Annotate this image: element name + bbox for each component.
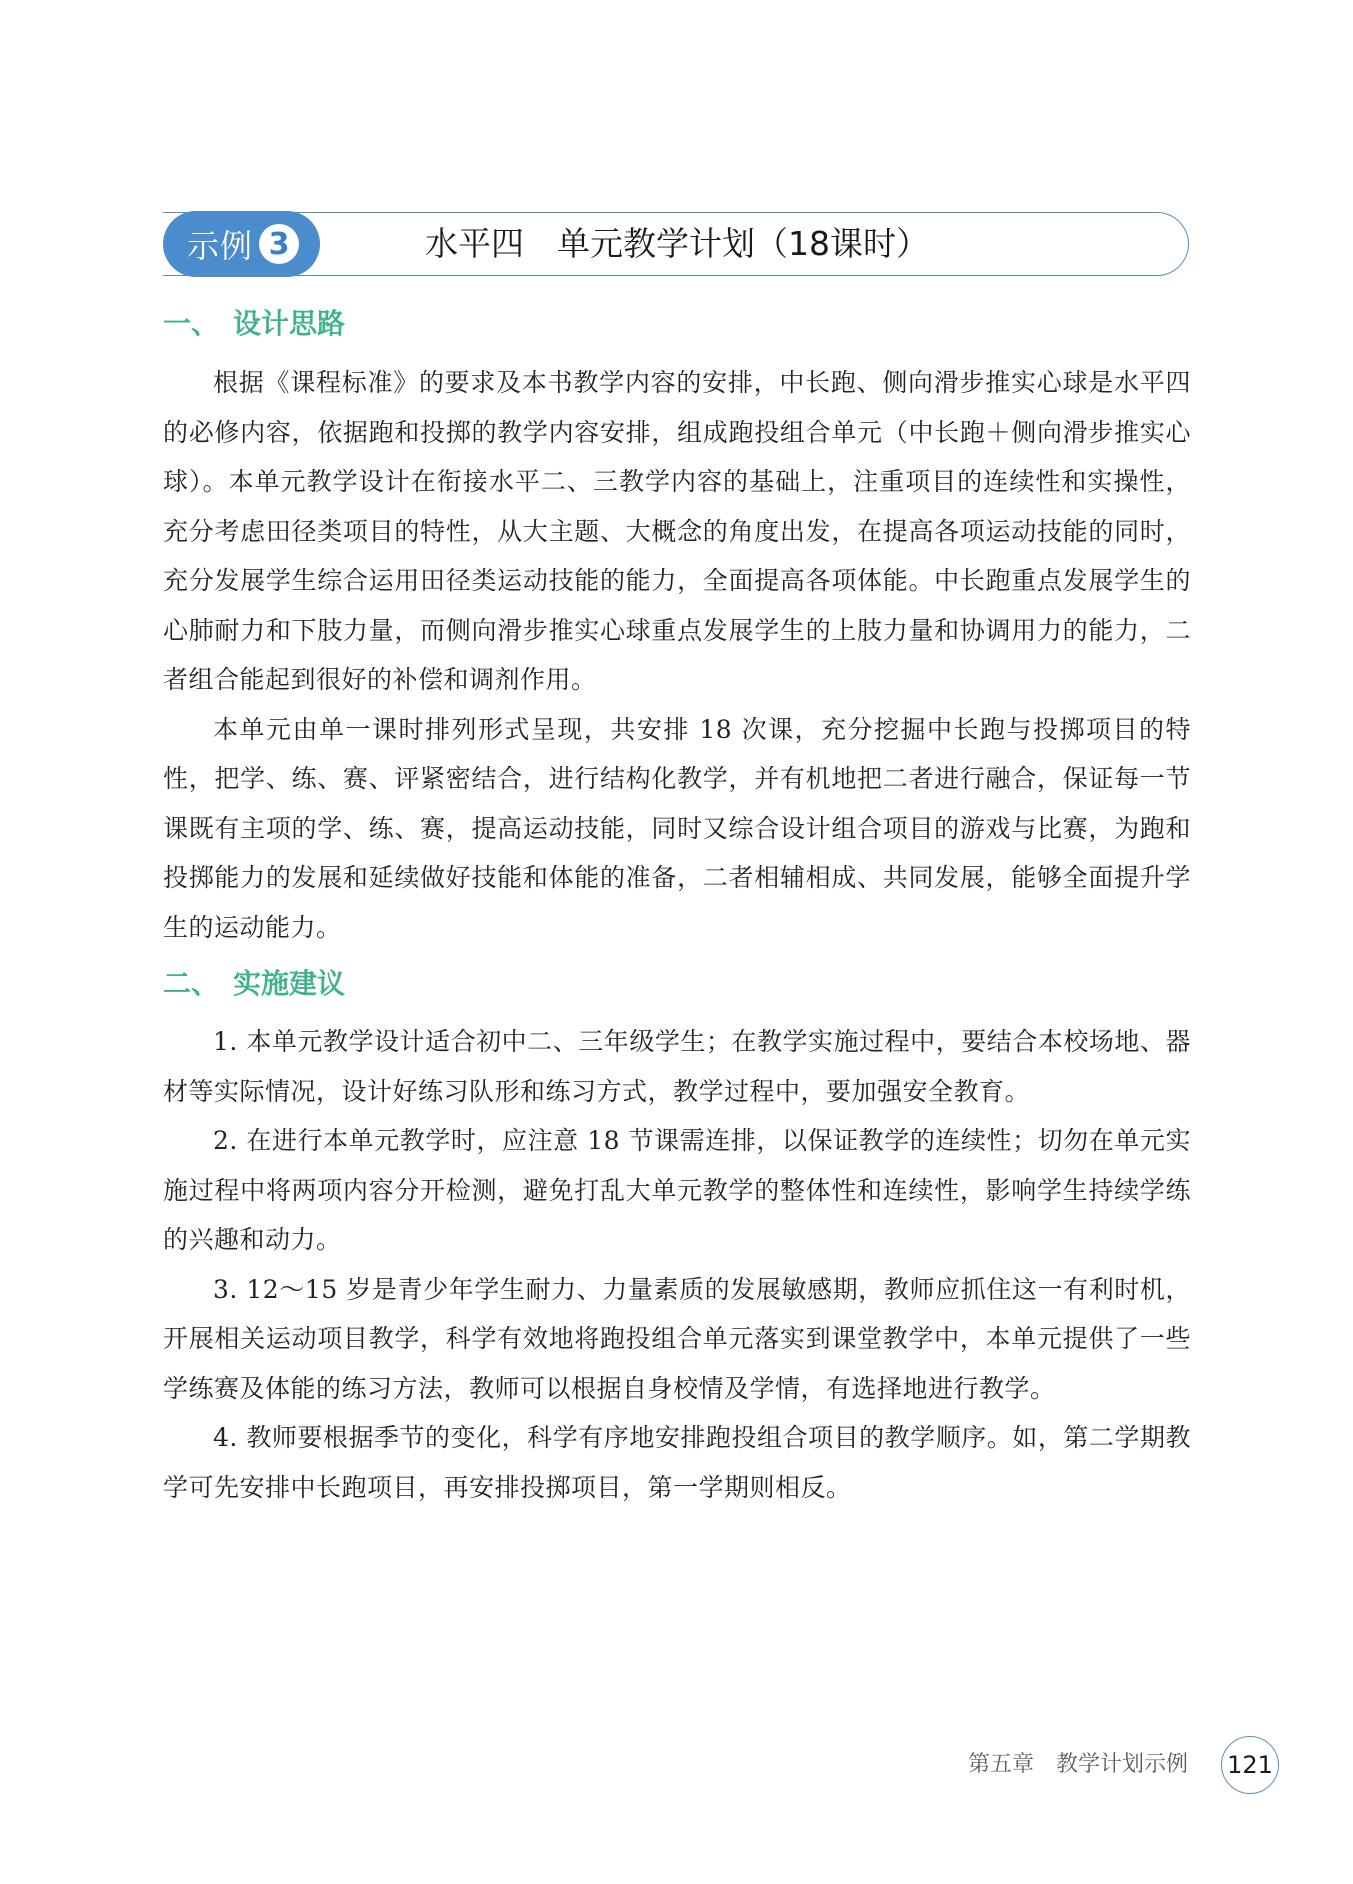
page-title: 水平四 单元教学计划（18课时） (425, 212, 929, 276)
page-number-badge: 121 (1221, 1736, 1279, 1794)
paragraph: 根据《课程标准》的要求及本书教学内容的安排，中长跑、侧向滑步推实心球是水平四的必… (163, 358, 1191, 705)
paragraph: 本单元由单一课时排列形式呈现，共安排 18 次课，充分挖掘中长跑与投掷项目的特性… (163, 705, 1191, 953)
list-item: 3. 12～15 岁是青少年学生耐力、力量素质的发展敏感期，教师应抓住这一有利时… (163, 1265, 1191, 1414)
list-item: 2. 在进行本单元教学时，应注意 18 节课需连排，以保证教学的连续性；切勿在单… (163, 1116, 1191, 1265)
example-badge: 示例 3 (163, 211, 320, 277)
footer-chapter-label: 第五章 教学计划示例 (968, 1748, 1188, 1782)
section-heading-design-ideas: 一、 设计思路 (163, 302, 345, 342)
list-item: 1. 本单元教学设计适合初中二、三年级学生；在教学实施过程中，要结合本校场地、器… (163, 1017, 1191, 1116)
section-heading-implementation: 二、 实施建议 (163, 962, 345, 1002)
section-body-implementation: 1. 本单元教学设计适合初中二、三年级学生；在教学实施过程中，要结合本校场地、器… (163, 1017, 1191, 1512)
section-body-design-ideas: 根据《课程标准》的要求及本书教学内容的安排，中长跑、侧向滑步推实心球是水平四的必… (163, 358, 1191, 952)
example-label: 示例 (187, 221, 253, 267)
example-number-circle: 3 (259, 224, 299, 264)
list-item: 4. 教师要根据季节的变化，科学有序地安排跑投组合项目的教学顺序。如，第二学期教… (163, 1413, 1191, 1512)
